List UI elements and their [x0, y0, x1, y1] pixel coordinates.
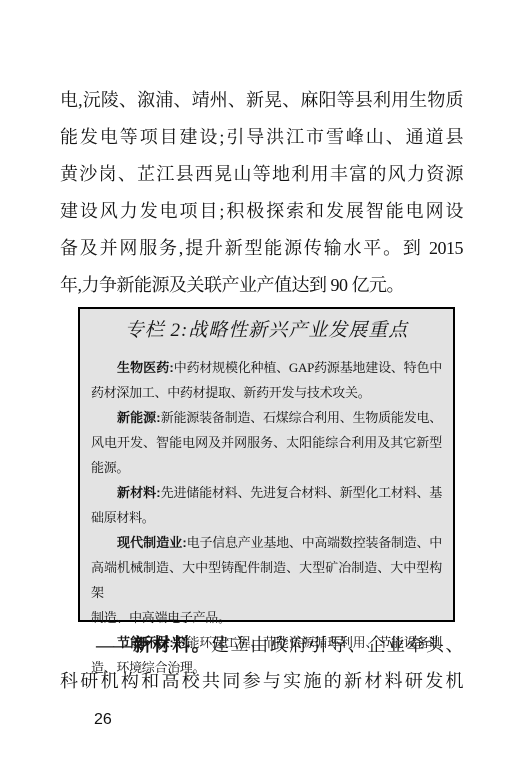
- footer-line-text: 科研机构和高校共同参与实施的新材料研发机: [60, 671, 463, 691]
- box-line-text: 础原材料。: [91, 510, 155, 525]
- box-line-text: 药材深加工、中药材提取、新药开发与技术攻关。: [91, 385, 370, 400]
- body-line: 建设风力发电项目;积极探索和发展智能电网设: [60, 193, 463, 230]
- box-line: 药材深加工、中药材提取、新药开发与技术攻关。: [91, 380, 442, 405]
- document-page: 电,沅陵、溆浦、靖州、新晃、麻阳等县利用生物质 能发电等项目建设;引导洪江市雪峰…: [0, 0, 529, 774]
- body-paragraph: 电,沅陵、溆浦、靖州、新晃、麻阳等县利用生物质 能发电等项目建设;引导洪江市雪峰…: [60, 82, 463, 304]
- box-line-text: 高端机械制造、大中型铸配件制造、大型矿冶制造、大中型构架: [91, 560, 442, 600]
- body-line: 备及并网服务,提升新型能源传输水平。到 2015: [60, 230, 463, 267]
- footer-line: 科研机构和高校共同参与实施的新材料研发机: [60, 663, 463, 699]
- body-line: 电,沅陵、溆浦、靖州、新晃、麻阳等县利用生物质: [60, 82, 463, 119]
- box-line: 高端机械制造、大中型铸配件制造、大型矿冶制造、大中型构架: [91, 555, 442, 605]
- box-line-text: 风电开发、智能电网及并网服务、太阳能综合利用及其它新型: [91, 435, 442, 450]
- box-line: 生物医药:中药材规模化种植、GAP药源基地建设、特色中: [91, 355, 442, 380]
- footer-paragraph: ——新材料。建立由政府引导、企业牵头、 科研机构和高校共同参与实施的新材料研发机: [60, 627, 463, 699]
- dash-lead-label: ——新材料。: [96, 635, 211, 655]
- body-line: 黄沙岗、芷江县西晃山等地利用丰富的风力资源: [60, 156, 463, 193]
- body-line: 能发电等项目建设;引导洪江市雪峰山、通道县: [60, 119, 463, 156]
- footer-line-text: 建立由政府引导、企业牵头、: [211, 635, 463, 655]
- box-line: 现代制造业:电子信息产业基地、中高端数控装备制造、中: [91, 530, 442, 555]
- box-category-label: 新材料:: [117, 485, 161, 500]
- box-line: 新能源:新能源装备制造、石煤综合利用、生物质能发电、: [91, 405, 442, 430]
- callout-box-title: 专栏 2:战略性新兴产业发展重点: [80, 317, 453, 345]
- box-line: 风电开发、智能电网及并网服务、太阳能综合利用及其它新型: [91, 430, 442, 455]
- box-line-text: 电子信息产业基地、中高端数控装备制造、中: [187, 535, 442, 550]
- box-line-text: 新能源装备制造、石煤综合利用、生物质能发电、: [161, 410, 442, 425]
- page-number: 26: [94, 711, 112, 729]
- box-category-label: 新能源:: [117, 410, 161, 425]
- box-line-text: 能源。: [91, 460, 129, 475]
- box-line: 能源。: [91, 455, 442, 480]
- box-line: 础原材料。: [91, 505, 442, 530]
- box-line-text: 制造、中高端电子产品。: [91, 610, 231, 625]
- callout-box: 专栏 2:战略性新兴产业发展重点 生物医药:中药材规模化种植、GAP药源基地建设…: [78, 307, 455, 622]
- box-category-label: 生物医药:: [117, 360, 174, 375]
- box-line: 新材料:先进储能材料、先进复合材料、新型化工材料、基: [91, 480, 442, 505]
- footer-line: ——新材料。建立由政府引导、企业牵头、: [60, 627, 463, 663]
- box-line-text: 中药材规模化种植、GAP药源基地建设、特色中: [174, 360, 442, 375]
- body-line: 年,力争新能源及关联产业产值达到 90 亿元。: [60, 267, 463, 304]
- box-category-label: 现代制造业:: [117, 535, 187, 550]
- box-line-text: 先进储能材料、先进复合材料、新型化工材料、基: [161, 485, 442, 500]
